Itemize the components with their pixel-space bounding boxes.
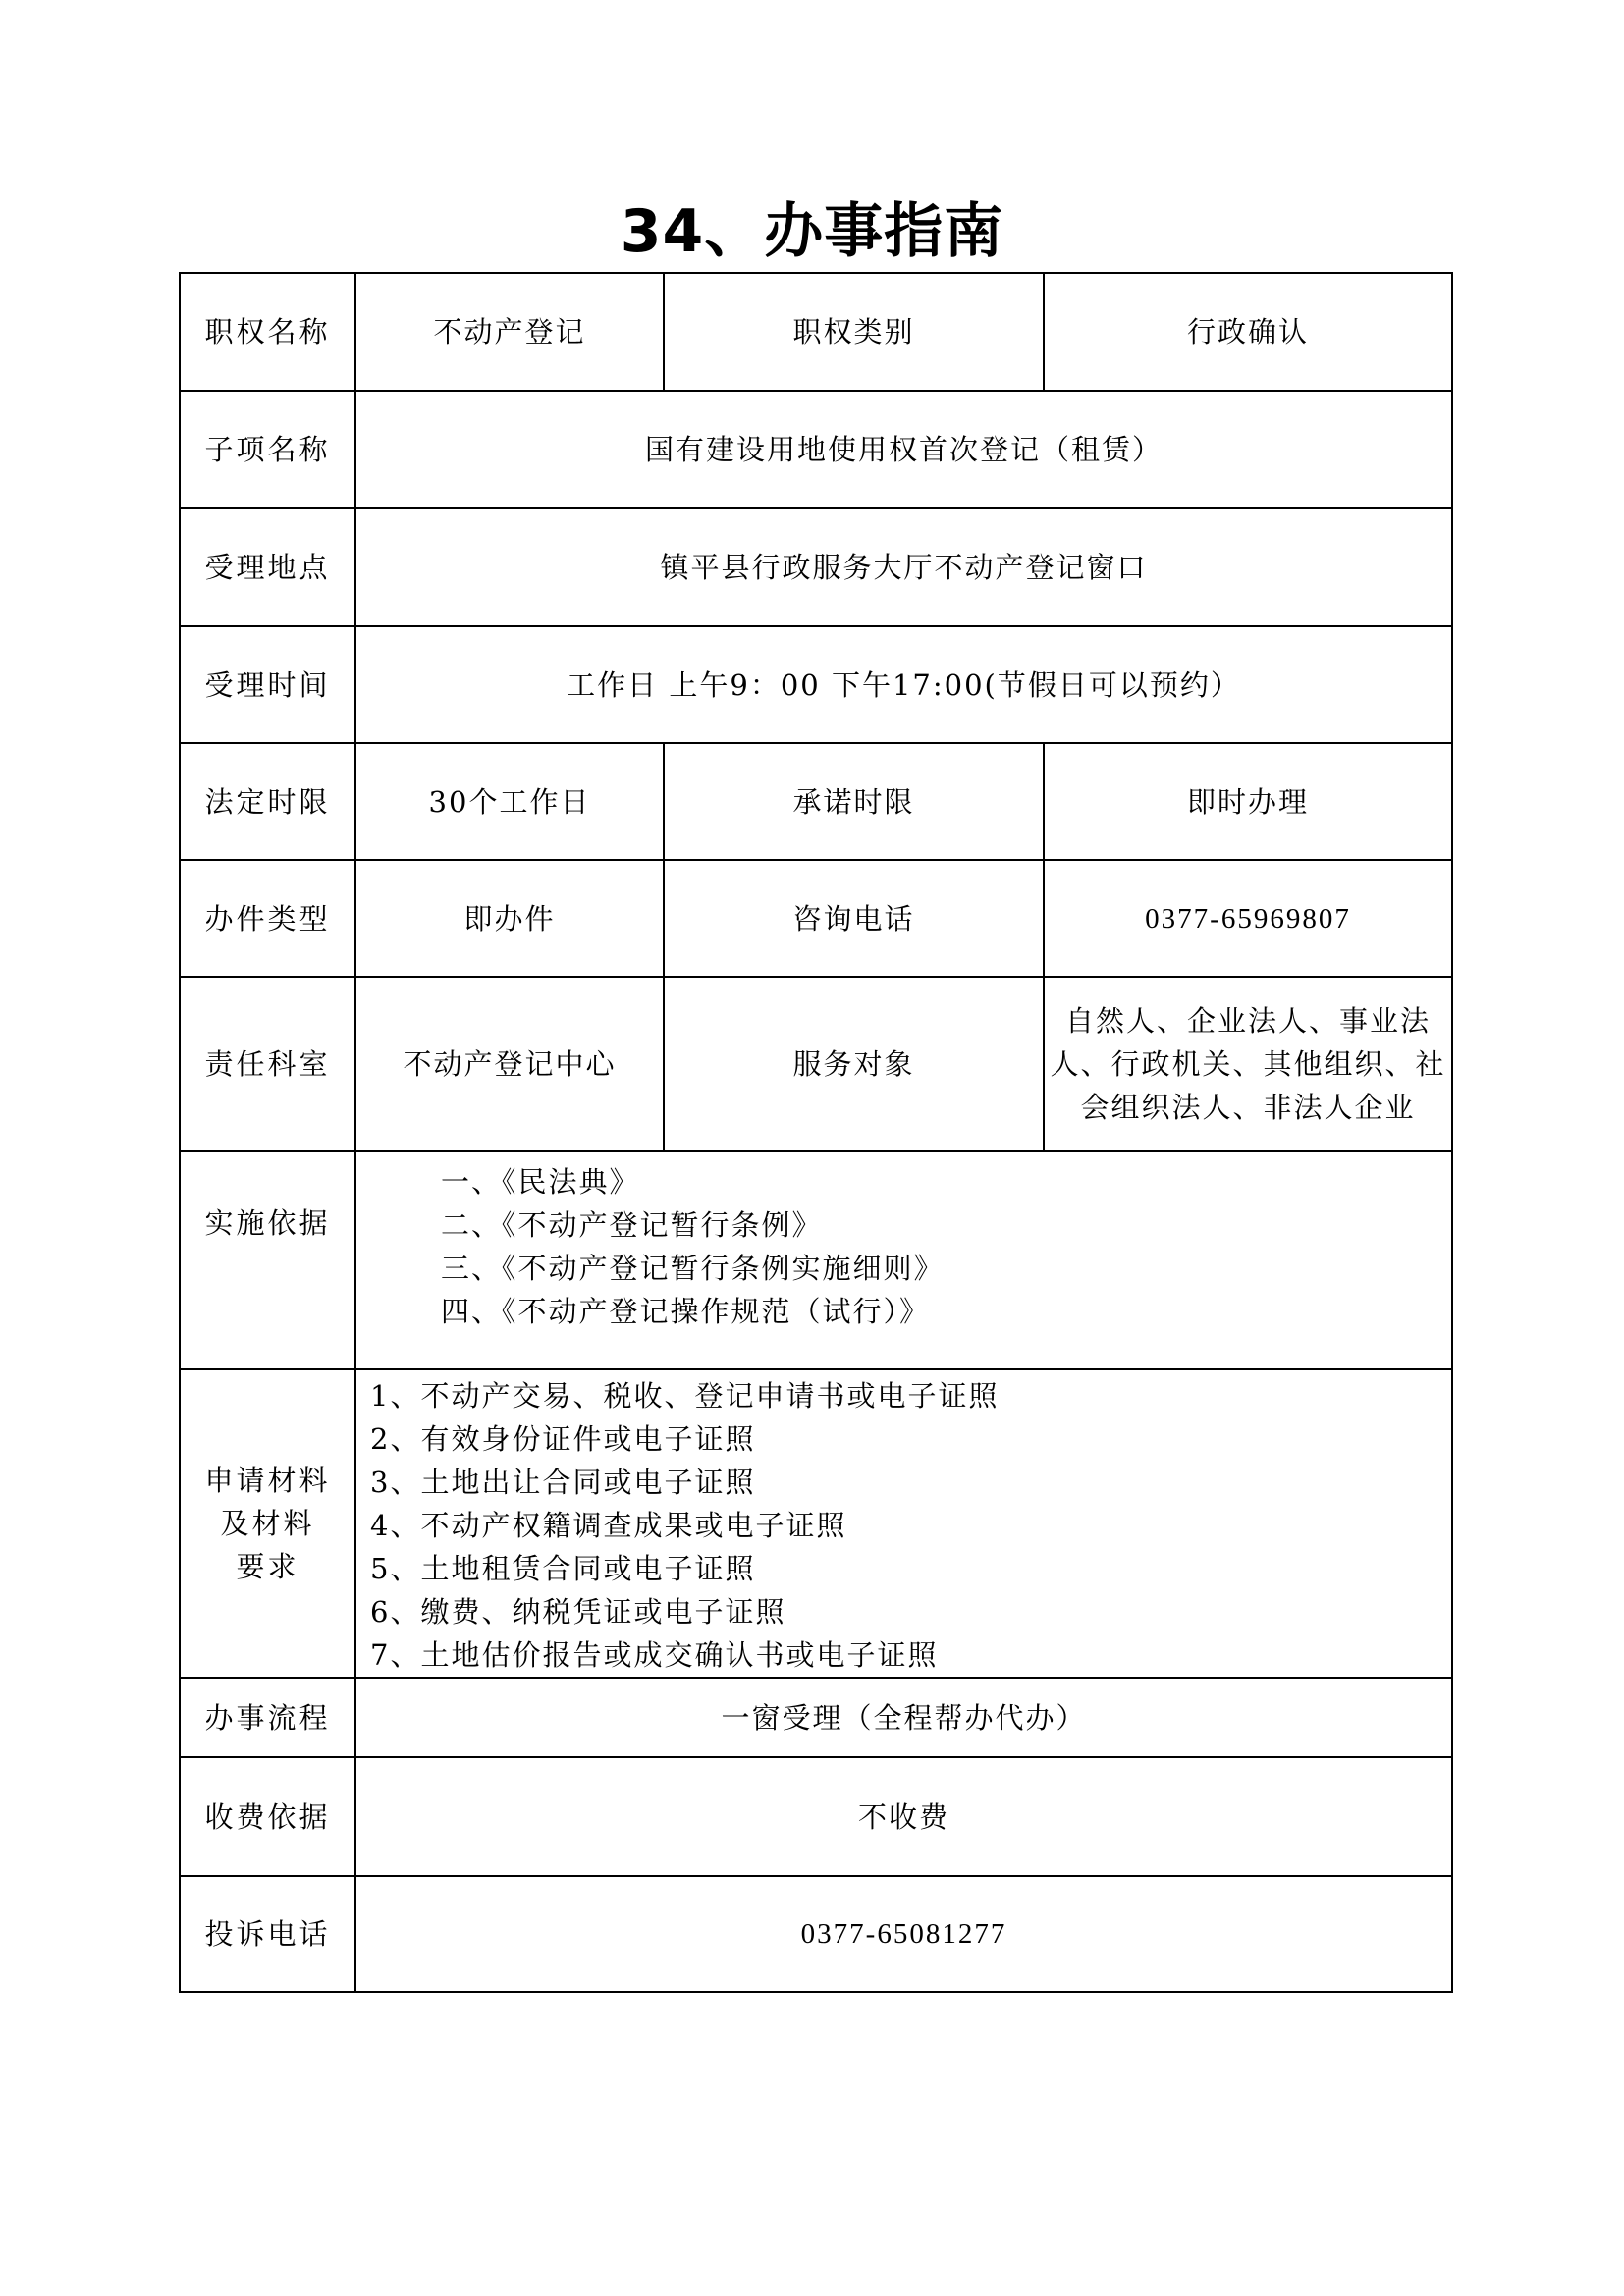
fee-basis-label: 收费依据 [180,1757,355,1876]
material-item: 6、缴费、纳税凭证或电子证照 [370,1590,1451,1633]
row-time-limits: 法定时限 30个工作日 承诺时限 即时办理 [180,743,1452,860]
authority-name-label: 职权名称 [180,273,355,391]
acceptance-time-value: 工作日 上午9：00 下午17:00(节假日可以预约） [355,626,1452,743]
row-materials: 申请材料 及材料 要求 1、不动产交易、税收、登记申请书或电子证照 2、有效身份… [180,1369,1452,1678]
legal-basis-item: 四、《不动产登记操作规范（试行）》 [441,1290,1451,1333]
service-targets-value: 自然人、企业法人、事业法人、行政机关、其他组织、社会组织法人、非法人企业 [1044,977,1452,1151]
legal-basis-label-cell: 实施依据 [180,1151,355,1369]
material-item: 4、不动产权籍调查成果或电子证照 [370,1504,1451,1547]
legal-basis-cell: 一、《民法典》 二、《不动产登记暂行条例》 三、《不动产登记暂行条例实施细则》 … [355,1151,1452,1369]
row-sub-item: 子项名称 国有建设用地使用权首次登记（租赁） [180,391,1452,508]
row-case-type: 办件类型 即办件 咨询电话 0377-65969807 [180,860,1452,977]
materials-list: 1、不动产交易、税收、登记申请书或电子证照 2、有效身份证件或电子证照 3、土地… [356,1370,1451,1677]
sub-item-name-label: 子项名称 [180,391,355,508]
responsible-office-label: 责任科室 [180,977,355,1151]
acceptance-time-label: 受理时间 [180,626,355,743]
legal-basis-list: 一、《民法典》 二、《不动产登记暂行条例》 三、《不动产登记暂行条例实施细则》 … [356,1152,1451,1333]
process-value: 一窗受理（全程帮办代办） [355,1678,1452,1757]
consult-phone-label: 咨询电话 [664,860,1044,977]
materials-label-line: 要求 [181,1545,354,1588]
case-type-value: 即办件 [355,860,664,977]
promised-limit-value: 即时办理 [1044,743,1452,860]
complaint-phone-label: 投诉电话 [180,1876,355,1992]
consult-phone-value: 0377-65969807 [1044,860,1452,977]
service-guide-table: 职权名称 不动产登记 职权类别 行政确认 子项名称 国有建设用地使用权首次登记（… [179,272,1453,1993]
row-authority: 职权名称 不动产登记 职权类别 行政确认 [180,273,1452,391]
materials-cell: 1、不动产交易、税收、登记申请书或电子证照 2、有效身份证件或电子证照 3、土地… [355,1369,1452,1678]
authority-category-value: 行政确认 [1044,273,1452,391]
statutory-limit-value: 30个工作日 [355,743,664,860]
acceptance-location-label: 受理地点 [180,508,355,626]
row-complaint: 投诉电话 0377-65081277 [180,1876,1452,1992]
legal-basis-item: 三、《不动产登记暂行条例实施细则》 [441,1247,1451,1290]
material-item: 5、土地租赁合同或电子证照 [370,1547,1451,1590]
row-fee: 收费依据 不收费 [180,1757,1452,1876]
row-legal-basis: 实施依据 一、《民法典》 二、《不动产登记暂行条例》 三、《不动产登记暂行条例实… [180,1151,1452,1369]
statutory-limit-label: 法定时限 [180,743,355,860]
sub-item-name-value: 国有建设用地使用权首次登记（租赁） [355,391,1452,508]
legal-basis-item: 一、《民法典》 [441,1160,1451,1203]
authority-name-value: 不动产登记 [355,273,664,391]
material-item: 2、有效身份证件或电子证照 [370,1417,1451,1461]
row-process: 办事流程 一窗受理（全程帮办代办） [180,1678,1452,1757]
complaint-phone-value: 0377-65081277 [355,1876,1452,1992]
materials-label-line: 申请材料 [181,1459,354,1502]
promised-limit-label: 承诺时限 [664,743,1044,860]
page-title: 34、办事指南 [0,192,1624,271]
row-location: 受理地点 镇平县行政服务大厅不动产登记窗口 [180,508,1452,626]
materials-label-cell: 申请材料 及材料 要求 [180,1369,355,1678]
acceptance-location-value: 镇平县行政服务大厅不动产登记窗口 [355,508,1452,626]
row-responsible: 责任科室 不动产登记中心 服务对象 自然人、企业法人、事业法人、行政机关、其他组… [180,977,1452,1151]
material-item: 1、不动产交易、税收、登记申请书或电子证照 [370,1374,1451,1417]
materials-label-line: 及材料 [181,1502,354,1545]
process-label: 办事流程 [180,1678,355,1757]
row-time: 受理时间 工作日 上午9：00 下午17:00(节假日可以预约） [180,626,1452,743]
fee-basis-value: 不收费 [355,1757,1452,1876]
service-targets-label: 服务对象 [664,977,1044,1151]
authority-category-label: 职权类别 [664,273,1044,391]
case-type-label: 办件类型 [180,860,355,977]
material-item: 7、土地估价报告或成交确认书或电子证照 [370,1633,1451,1677]
material-item: 3、土地出让合同或电子证照 [370,1461,1451,1504]
responsible-office-value: 不动产登记中心 [355,977,664,1151]
legal-basis-label: 实施依据 [181,1152,354,1245]
legal-basis-item: 二、《不动产登记暂行条例》 [441,1203,1451,1247]
